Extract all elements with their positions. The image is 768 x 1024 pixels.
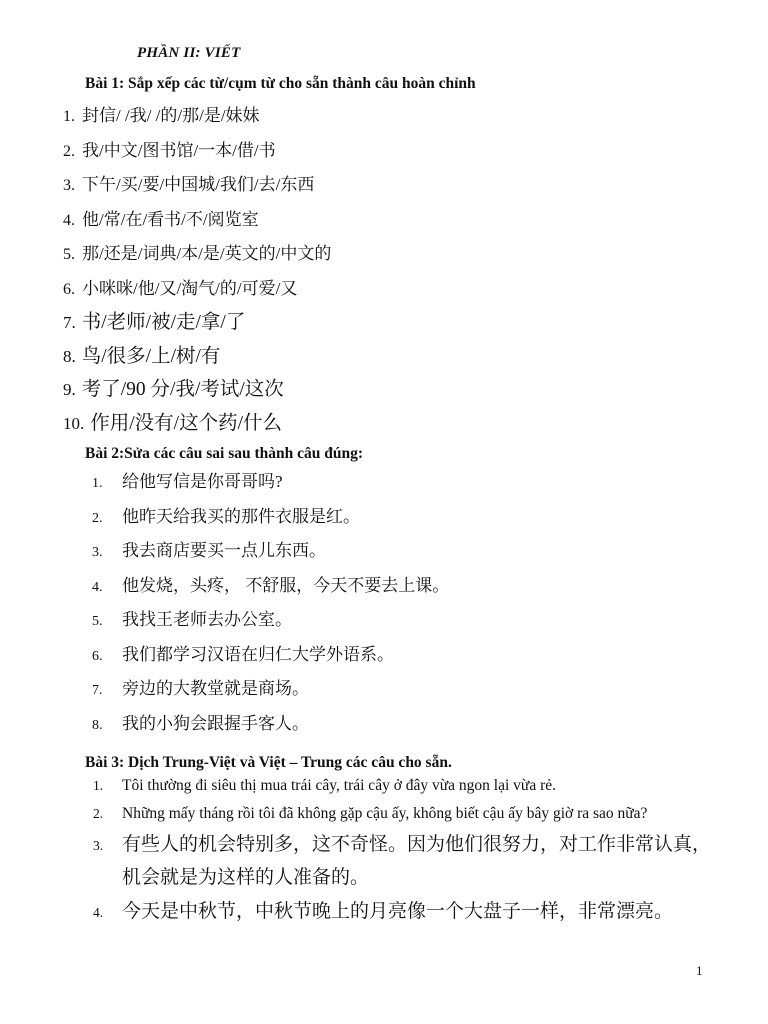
bai3-heading: Bài 3: Dịch Trung-Việt và Việt – Trung c… <box>85 754 768 772</box>
section-title: PHẦN II: VIẾT <box>137 45 768 61</box>
item-number: 2. <box>93 800 122 828</box>
item-text: 下午/买/要/中国城/我们/去/东西 <box>82 175 314 194</box>
bai2-heading: Bài 2:Sửa các câu sai sau thành câu đúng… <box>85 445 768 463</box>
bai1-item-9: 9.考了/90 分/我/考试/这次 <box>63 373 768 407</box>
bai1-item-6: 6.小咪咪/他/又/淘气/的/可爱/又 <box>63 272 768 307</box>
bai1-item-1: 1.封信/ /我/ /的/那/是/妹妹 <box>63 99 768 134</box>
item-text: 我找王老师去办公室。 <box>122 610 292 629</box>
bai1-item-8: 8.鸟/很多/上/树/有 <box>63 340 768 374</box>
item-number: 10. <box>63 414 84 433</box>
item-text: 我/中文/图书馆/一本/借/书 <box>82 141 276 160</box>
bai1-item-4: 4.他/常/在/看书/不/阅览室 <box>63 203 768 238</box>
item-number: 7. <box>63 313 76 332</box>
document-page: PHẦN II: VIẾT Bài 1: Sắp xếp các từ/cụm … <box>0 0 768 1024</box>
bai2-item-1: 1.给他写信是你哥哥吗? <box>92 466 768 501</box>
bai2-item-7: 7.旁边的大教堂就是商场。 <box>92 673 768 708</box>
bai3-list: 1.Tôi thường đi siêu thị mua trái cây, t… <box>0 772 768 929</box>
item-number: 2. <box>63 143 75 160</box>
bai3-item-2: 2.Những mấy tháng rồi tôi đã không gặp c… <box>0 800 768 828</box>
item-number: 1. <box>93 772 122 800</box>
item-text: 今天是中秋节，中秋节晚上的月亮像一个大盘子一样，非常漂亮。 <box>122 894 718 929</box>
bai1-item-5: 5.那/还是/词典/本/是/英文的/中文的 <box>63 237 768 272</box>
item-number: 7. <box>92 675 122 708</box>
item-text: 书/老师/被/走/拿/了 <box>82 312 246 333</box>
bai1-item-10: 10.作用/没有/这个药/什么 <box>63 407 768 441</box>
item-number: 5. <box>63 246 75 263</box>
item-number: 5. <box>92 606 122 639</box>
item-number: 4. <box>93 905 122 921</box>
item-number: 6. <box>63 281 75 298</box>
item-text: Những mấy tháng rồi tôi đã không gặp cậu… <box>122 800 647 828</box>
item-text: 他发烧，头疼， 不舒服，今天不要去上课。 <box>122 576 449 595</box>
item-text: 我去商店要买一点儿东西。 <box>122 541 326 560</box>
page-number: 1 <box>696 963 703 978</box>
item-text: 小咪咪/他/又/淘气/的/可爱/又 <box>82 279 297 298</box>
item-number: 3. <box>93 838 122 854</box>
item-number: 2. <box>92 503 122 536</box>
item-text: 我的小狗会跟握手客人。 <box>122 714 309 733</box>
item-number: 4. <box>92 572 122 605</box>
item-text: 他昨天给我买的那件衣服是红。 <box>122 507 360 526</box>
item-number: 8. <box>63 347 76 366</box>
item-text: 考了/90 分/我/考试/这次 <box>82 379 284 400</box>
bai3-item-1: 1.Tôi thường đi siêu thị mua trái cây, t… <box>0 772 768 800</box>
item-number: 3. <box>63 177 75 194</box>
bai2-item-5: 5.我找王老师去办公室。 <box>92 604 768 639</box>
item-number: 3. <box>92 537 122 570</box>
item-text: 旁边的大教堂就是商场。 <box>122 679 309 698</box>
bai1-item-3: 3.下午/买/要/中国城/我们/去/东西 <box>63 168 768 203</box>
item-text: 给他写信是你哥哥吗? <box>122 472 283 491</box>
bai2-list: 1.给他写信是你哥哥吗? 2.他昨天给我买的那件衣服是红。 3.我去商店要买一点… <box>0 466 768 742</box>
item-text: 我们都学习汉语在归仁大学外语系。 <box>122 645 394 664</box>
bai3-item-4: 4.今天是中秋节，中秋节晚上的月亮像一个大盘子一样，非常漂亮。 <box>0 894 768 929</box>
bai3-item-3: 3.有些人的机会特别多，这不奇怪。因为他们很努力，对工作非常认真，机会就是为这样… <box>0 828 768 894</box>
item-number: 8. <box>92 710 122 743</box>
item-text: 有些人的机会特别多，这不奇怪。因为他们很努力，对工作非常认真，机会就是为这样的人… <box>122 828 718 894</box>
bai1-list: 1.封信/ /我/ /的/那/是/妹妹 2.我/中文/图书馆/一本/借/书 3.… <box>0 99 768 440</box>
bai2-item-3: 3.我去商店要买一点儿东西。 <box>92 535 768 570</box>
bai1-item-7: 7.书/老师/被/走/拿/了 <box>63 306 768 340</box>
item-number: 9. <box>63 380 76 399</box>
item-number: 1. <box>63 108 75 125</box>
item-text: Tôi thường đi siêu thị mua trái cây, trá… <box>122 772 556 800</box>
item-text: 他/常/在/看书/不/阅览室 <box>82 210 259 229</box>
bai2-item-8: 8.我的小狗会跟握手客人。 <box>92 708 768 743</box>
item-text: 作用/没有/这个药/什么 <box>90 413 282 434</box>
item-text: 鸟/很多/上/树/有 <box>82 346 221 367</box>
item-number: 4. <box>63 212 75 229</box>
bai2-item-2: 2.他昨天给我买的那件衣服是红。 <box>92 501 768 536</box>
bai1-heading: Bài 1: Sắp xếp các từ/cụm từ cho sẵn thà… <box>85 75 768 93</box>
item-number: 1. <box>92 468 122 501</box>
bai1-item-2: 2.我/中文/图书馆/一本/借/书 <box>63 134 768 169</box>
item-text: 那/还是/词典/本/是/英文的/中文的 <box>82 244 331 263</box>
bai2-item-6: 6.我们都学习汉语在归仁大学外语系。 <box>92 639 768 674</box>
bai2-item-4: 4.他发烧，头疼， 不舒服，今天不要去上课。 <box>92 570 768 605</box>
item-number: 6. <box>92 641 122 674</box>
item-text: 封信/ /我/ /的/那/是/妹妹 <box>82 106 260 125</box>
